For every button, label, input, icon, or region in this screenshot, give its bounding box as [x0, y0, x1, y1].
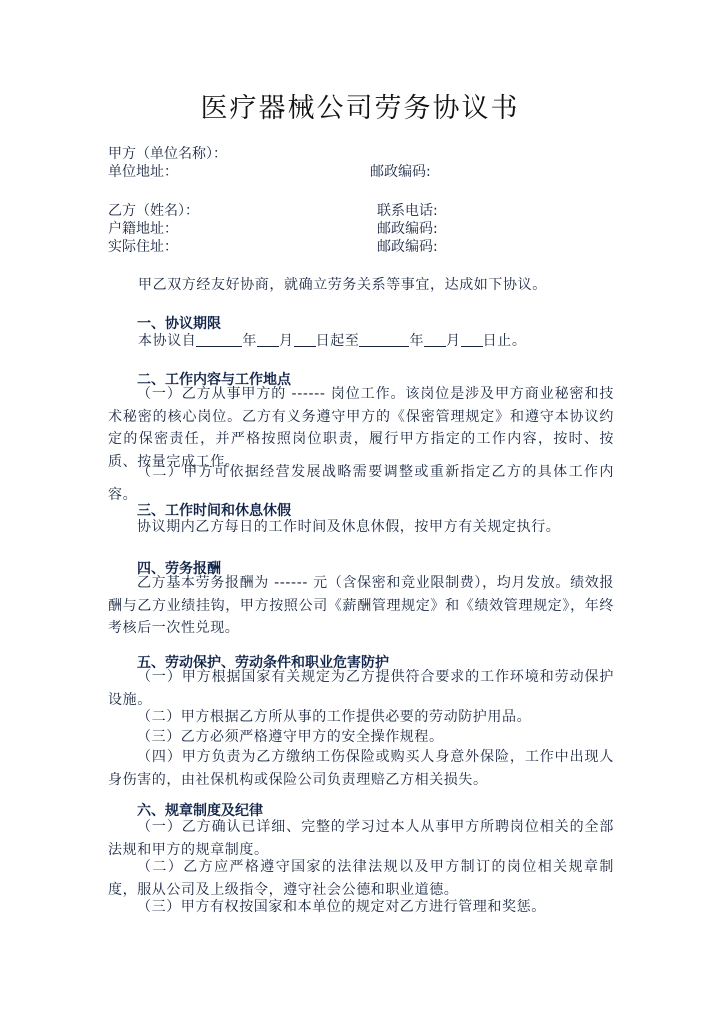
party-b-hukou-label: 户籍地址：	[108, 220, 178, 238]
party-b-name-label: 乙方（姓名）：	[108, 202, 199, 220]
section-2-paragraph-1: （一）乙方从事甲方的 ------ 岗位工作。该岗位是涉及甲方商业秘密和技术秘密…	[108, 383, 614, 473]
term-text-to: 日起至	[316, 333, 360, 349]
section-6-paragraph-2: （二）乙方应严格遵守国家的法律法规以及甲方制订的岗位相关规章制度，服从公司及上级…	[108, 856, 614, 901]
term-text-year: 年	[242, 333, 257, 349]
party-a-address-label: 单位地址：	[108, 163, 178, 181]
section-5-paragraph-4: （四）甲方负责为乙方缴纳工伤保险或购买人身意外保险，工作中出现人身伤害的，由社保…	[108, 746, 614, 791]
section-4-paragraph-1: 乙方基本劳务报酬为 ------ 元（含保密和竞业限制费），均月发放。绩效报酬与…	[108, 572, 614, 640]
term-text-month: 月	[279, 333, 294, 349]
end-year-blank[interactable]	[359, 332, 409, 347]
party-b-residence-postcode-label: 邮政编码:	[377, 238, 438, 256]
party-b-hukou-postcode-label: 邮政编码:	[377, 220, 438, 238]
party-a-name-label: 甲方（单位名称）：	[108, 145, 227, 163]
start-year-blank[interactable]	[196, 332, 242, 347]
document-title: 医疗器械公司劳务协议书	[0, 86, 720, 125]
party-a-postcode-label: 邮政编码:	[370, 163, 431, 181]
intro-paragraph: 甲乙双方经友好协商，就确立劳务关系等事宜，达成如下协议。	[138, 276, 547, 294]
start-month-blank[interactable]	[257, 332, 279, 347]
term-text-from: 本协议自	[138, 333, 196, 349]
party-b-phone-label: 联系电话:	[377, 202, 438, 220]
term-text-end: 日止。	[483, 333, 527, 349]
section-5-paragraph-1: （一）甲方根据国家有关规定为乙方提供符合要求的工作环境和劳动保护设施。	[108, 666, 614, 711]
section-6-paragraph-1: （一）乙方确认已详细、完整的学习过本人从事甲方所聘岗位相关的全部法规和甲方的规章…	[108, 816, 614, 861]
term-line: 本协议自年月日起至年月日止。	[138, 332, 526, 350]
end-day-blank[interactable]	[461, 332, 483, 347]
section-3-paragraph-1: 协议期内乙方每日的工作时间及休息休假，按甲方有关规定执行。	[108, 516, 614, 539]
end-month-blank[interactable]	[424, 332, 446, 347]
section-6-paragraph-3: （三）甲方有权按国家和本单位的规定对乙方进行管理和奖惩。	[108, 896, 614, 919]
document-page: 医疗器械公司劳务协议书 甲方（单位名称）： 单位地址： 邮政编码: 乙方（姓名）…	[0, 0, 720, 1017]
section-1-heading: 一、协议期限	[137, 313, 221, 333]
term-text-month2: 月	[446, 333, 461, 349]
start-day-blank[interactable]	[294, 332, 316, 347]
party-b-residence-label: 实际住址：	[108, 238, 178, 256]
term-text-year2: 年	[409, 333, 424, 349]
